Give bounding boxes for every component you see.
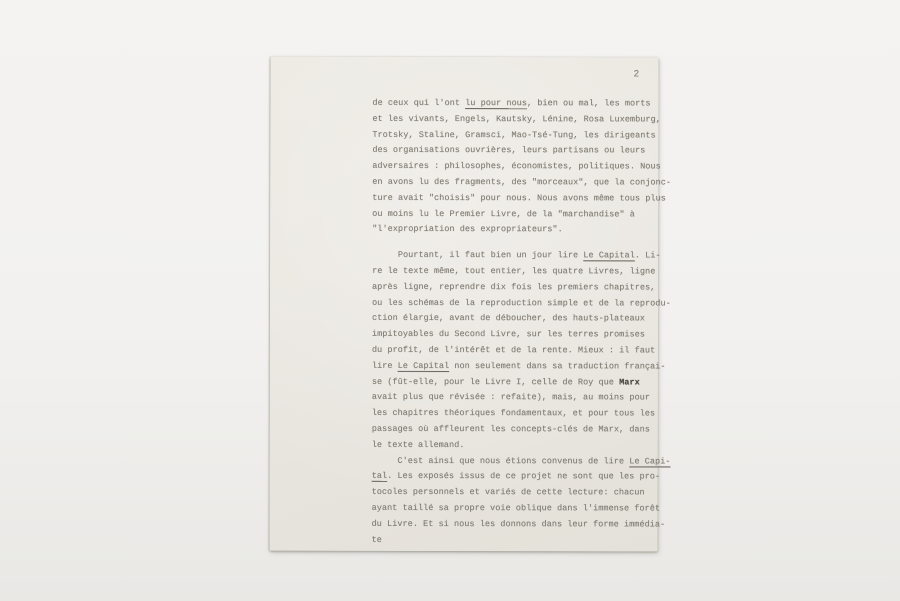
- paragraph: C'est ainsi que nous étions convenus de …: [371, 453, 655, 548]
- text-line: et les vivants, Engels, Kautsky, Lénine,…: [372, 112, 656, 128]
- text-line: ayant taillé sa propre voie oblique dans…: [372, 501, 656, 517]
- text-line: tal. Les exposés issus de ce projet ne s…: [372, 469, 656, 485]
- text-line: après ligne, reprendre dix fois les prem…: [372, 280, 656, 296]
- text-line: du profit, de l'intérêt et de la rente. …: [372, 343, 656, 359]
- text-line: du Livre. Et si nous les donnons dans le…: [372, 517, 656, 533]
- text-line: en avons lu des fragments, des "morceaux…: [372, 175, 656, 191]
- text-line: re le texte même, tout entier, les quatr…: [372, 264, 656, 280]
- text-line: lire Le Capital non seulement dans sa tr…: [372, 359, 656, 375]
- text-line: ou moins lu le Premier Livre, de la "mar…: [372, 206, 656, 222]
- text-line: passages où affleurent les concepts-clés…: [372, 422, 656, 438]
- text-line: Trotsky, Staline, Gramsci, Mao-Tsé-Tung,…: [372, 127, 656, 143]
- text-line: avait plus que révisée : refaite), mais,…: [372, 390, 656, 406]
- text-line: les chapitres théoriques fondamentaux, e…: [372, 406, 656, 422]
- text-line: ture avait "choisis" pour nous. Nous avo…: [372, 191, 656, 207]
- text-line: le texte allemand.: [372, 438, 656, 454]
- text-line: te: [371, 532, 655, 548]
- page-number: 2: [633, 68, 639, 79]
- text-line: ou les schémas de la reproduction simple…: [372, 295, 656, 311]
- text-line: des organisations ouvrières, leurs parti…: [372, 143, 656, 159]
- text-line: C'est ainsi que nous étions convenus de …: [372, 453, 656, 469]
- text-line: "l'expropriation des expropriateurs".: [372, 222, 656, 238]
- text-line: adversaires : philosophes, économistes, …: [372, 159, 656, 175]
- paragraph: de ceux qui l'ont lu pour nous, bien ou …: [372, 96, 656, 239]
- text-line: tocoles personnels et variés de cette le…: [372, 485, 656, 501]
- typewritten-text-block: de ceux qui l'ont lu pour nous, bien ou …: [371, 96, 656, 549]
- document-page: 2 de ceux qui l'ont lu pour nous, bien o…: [269, 57, 658, 552]
- photo-background: 2 de ceux qui l'ont lu pour nous, bien o…: [0, 0, 900, 601]
- text-line: impitoyables du Second Livre, sur les te…: [372, 327, 656, 343]
- text-line: ction élargie, avant de déboucher, des h…: [372, 311, 656, 327]
- text-line: Pourtant, il faut bien un jour lire Le C…: [372, 248, 656, 264]
- paragraph: Pourtant, il faut bien un jour lire Le C…: [372, 248, 656, 454]
- text-line: de ceux qui l'ont lu pour nous, bien ou …: [372, 96, 656, 112]
- text-line: se (fût-elle, pour le Livre I, celle de …: [372, 374, 656, 390]
